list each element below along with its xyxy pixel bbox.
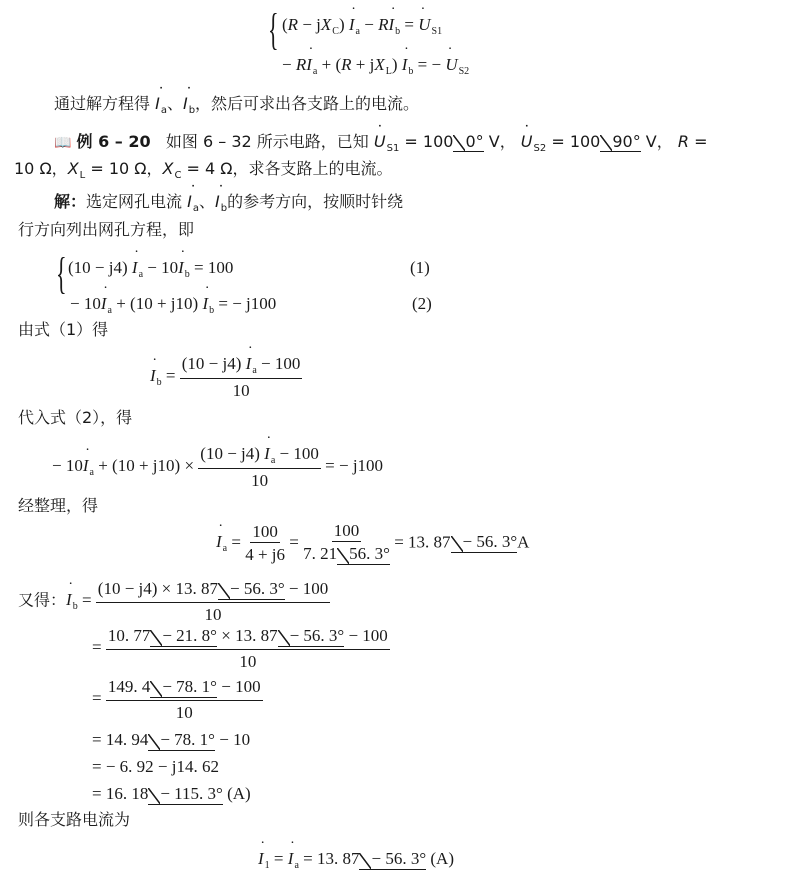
example-heading: 📖 例 6 – 20 如图 6 – 32 所示电路，已知 US1 = 1000°…: [54, 133, 707, 154]
ib-calc-step3: = 149. 4− 78. 1° − 10010: [92, 678, 263, 721]
solution-label: 解：: [54, 192, 86, 211]
substitute-text: 代入式（2），得: [18, 410, 132, 426]
brace: {: [56, 252, 67, 296]
branch-currents-text: 则各支路电流为: [18, 812, 130, 828]
example-line2: 10 Ω，XL = 10 Ω，XC = 4 Ω，求各支路上的电流。: [14, 161, 393, 181]
substitution-expression: − 10Ia + (10 + j10) × (10 − j4) Ia − 100…: [52, 445, 383, 489]
equation-number-1: (1): [410, 259, 430, 276]
ia-result: Ia = 1004 + j6 = 1007. 2156. 3° = 13. 87…: [216, 522, 529, 565]
equation-general-2: − RIa + (R + jXL) Ib = − US2: [282, 56, 469, 77]
example-number: 例 6 – 20: [77, 132, 151, 151]
book-icon: 📖: [54, 135, 71, 151]
equation-number-2: (2): [412, 295, 432, 312]
i1-result: I1 = Ia = 13. 87− 56. 3° (A): [258, 850, 454, 871]
ib-calc-step4: = 14. 94− 78. 1° − 10: [92, 731, 250, 751]
mesh-equation-2: − 10Ia + (10 + j10) Ib = − j100: [70, 295, 276, 316]
ib-calc-step6: = 16. 18− 115. 3° (A): [92, 785, 251, 805]
solution-line1: 解：选定网孔电流 Ia、Ib的参考方向，按顺时针绕: [54, 194, 403, 214]
solution-line2: 行方向列出网孔方程，即: [18, 222, 194, 238]
ib-calc-step2: = 10. 77− 21. 8° × 13. 87− 56. 3° − 1001…: [92, 627, 390, 670]
from-eq1-text: 由式（1）得: [18, 322, 108, 338]
mesh-equation-1: (10 − j4) Ia − 10Ib = 100: [68, 259, 233, 280]
ib-expression: Ib = (10 − j4) Ia − 10010: [150, 355, 302, 399]
arranged-text: 经整理，得: [18, 498, 98, 514]
paragraph-solve: 通过解方程得 Ia、Ib，然后可求出各支路上的电流。: [54, 96, 419, 116]
brace: {: [268, 8, 279, 52]
ib-calc-step1: 又得：Ib = (10 − j4) × 13. 87− 56. 3° − 100…: [18, 580, 330, 623]
equation-general-1: (R − jXC) Ia − RIb = US1: [282, 16, 442, 37]
ib-calc-step5: = − 6. 92 − j14. 62: [92, 758, 219, 775]
